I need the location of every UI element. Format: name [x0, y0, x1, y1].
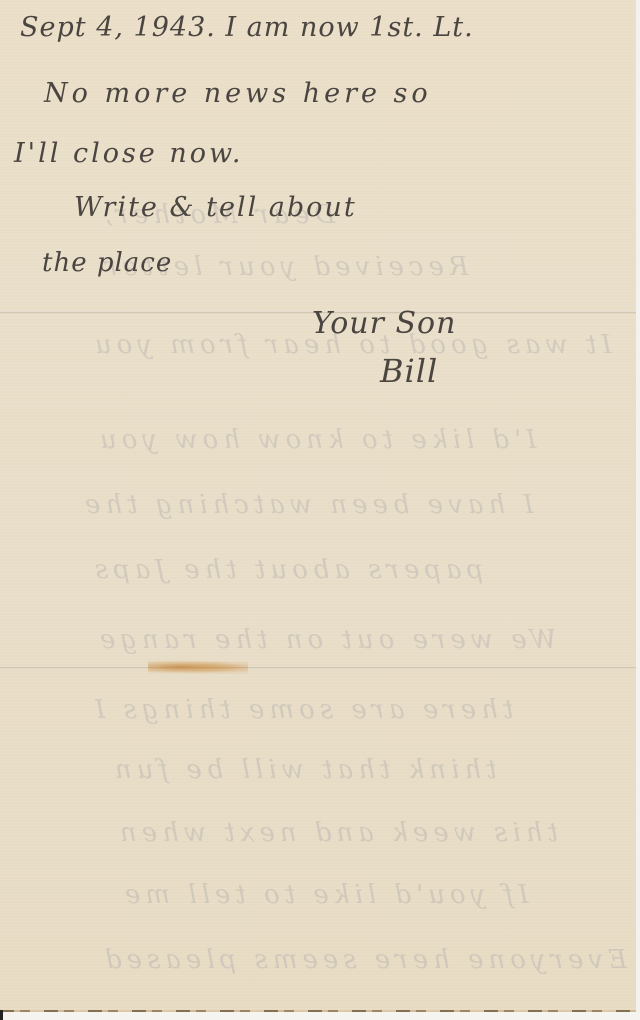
- bleed-through-line: If you'd like to tell me: [120, 880, 528, 910]
- letter-line: the place: [42, 248, 172, 278]
- letter-line: No more news here so: [44, 78, 432, 109]
- letter-page: Dear Mother, Received your letter It was…: [0, 0, 636, 1012]
- rust-stain: [148, 660, 248, 674]
- scan-corner-mark: [0, 1010, 3, 1020]
- bleed-through-line: I'd like to know how you: [95, 425, 536, 455]
- letter-line-date: Sept 4, 1943. I am now 1st. Lt.: [20, 12, 474, 43]
- bleed-through-line: We were out on the range: [95, 625, 556, 655]
- scan-margin-bottom: [0, 1012, 640, 1020]
- bleed-through-line: Everyone here seems pleased: [100, 945, 627, 975]
- scan-margin-right: [636, 0, 640, 1020]
- letter-signature: Bill: [380, 352, 438, 390]
- bleed-through-line: I have been watching the: [80, 490, 534, 520]
- bleed-through-line: this week and next when: [115, 818, 558, 848]
- letter-line: I'll close now.: [14, 138, 244, 169]
- letter-line: Write & tell about: [74, 192, 357, 223]
- fold-crease-lower: [0, 666, 636, 669]
- bleed-through-line: papers about the Japs: [90, 555, 483, 585]
- bleed-through-line: there are some things I: [90, 695, 513, 725]
- letter-closing: Your Son: [312, 306, 456, 341]
- bleed-through-line: think that will be fun: [110, 755, 497, 785]
